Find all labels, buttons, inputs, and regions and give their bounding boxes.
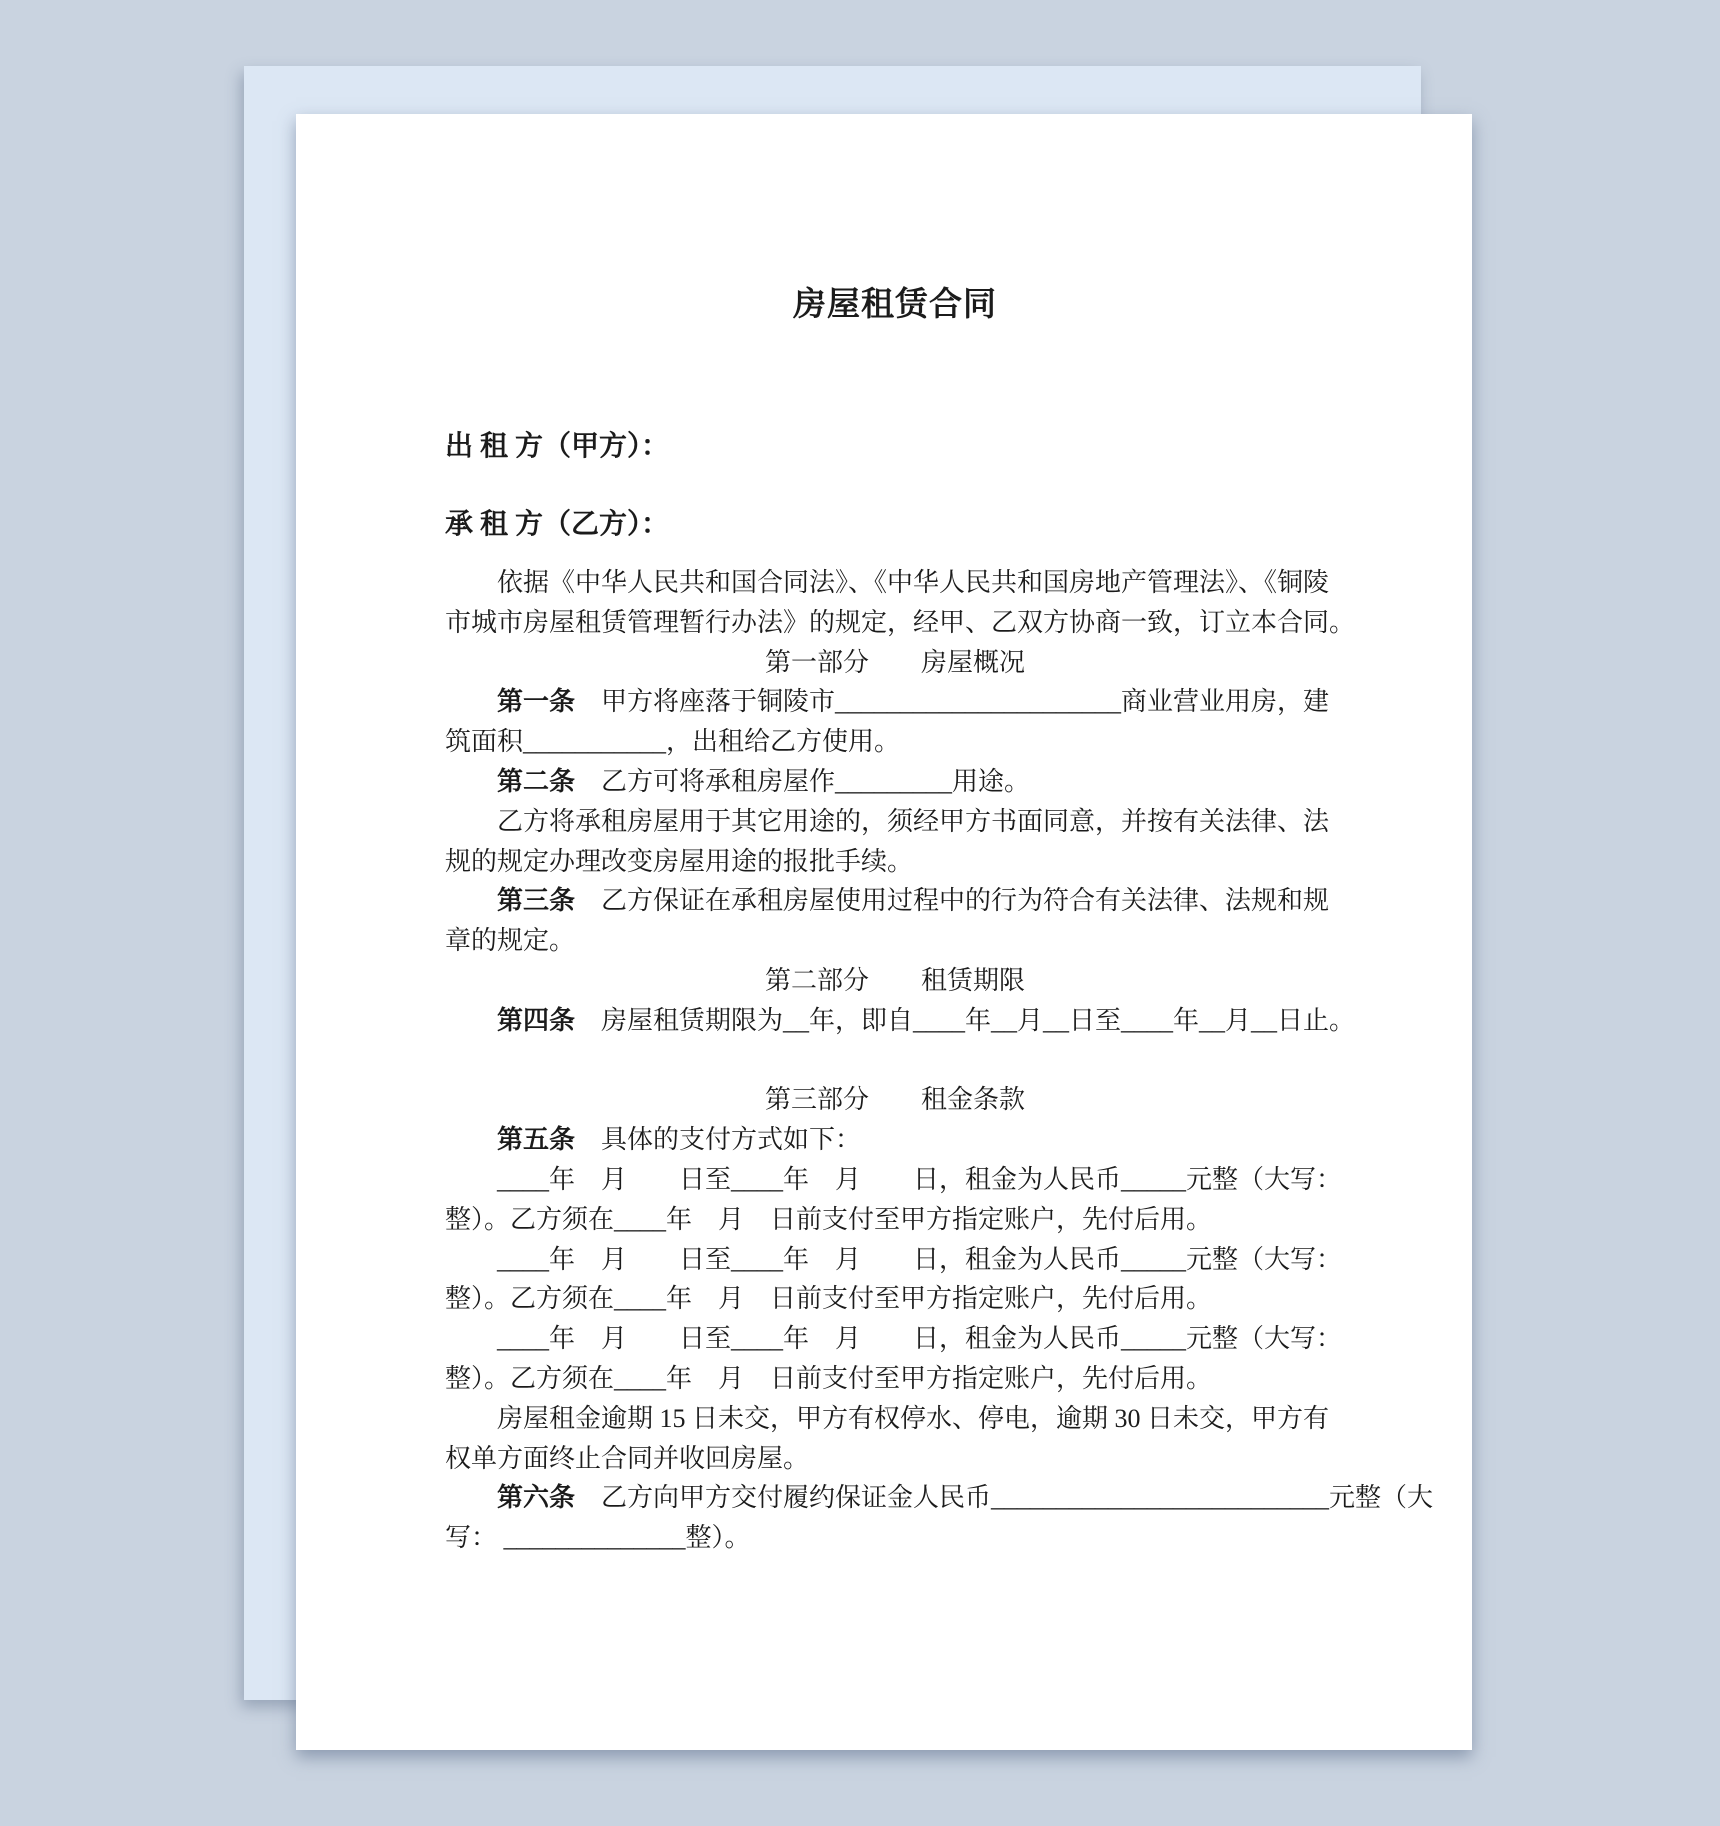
contract-line: ____年 月 日至____年 月 日，租金为人民币_____元整（大写： — [445, 1240, 1345, 1280]
line-text: 整）。乙方须在____年 月 日前支付至甲方指定账户，先付后用。 — [445, 1284, 1212, 1313]
line-text: 乙方向甲方交付履约保证金人民币_________________________… — [575, 1483, 1433, 1512]
section-heading-line: 第二部分 租赁期限 — [445, 961, 1345, 1001]
contract-line — [445, 1041, 1345, 1081]
line-text: 整）。乙方须在____年 月 日前支付至甲方指定账户，先付后用。 — [445, 1205, 1212, 1234]
line-text: 市城市房屋租赁管理暂行办法》的规定，经甲、乙双方协商一致，订立本合同。 — [445, 608, 1355, 637]
line-text: 房屋租金逾期 15 日未交，甲方有权停水、停电，逾期 30 日未交，甲方有 — [497, 1404, 1329, 1433]
article-line: 第三条 乙方保证在承租房屋使用过程中的行为符合有关法律、法规和规 — [445, 881, 1345, 921]
line-text: 写： ______________整）。 — [445, 1523, 751, 1552]
line-text: 乙方可将承租房屋作_________用途。 — [575, 767, 1030, 796]
contract-body: 依据《中华人民共和国合同法》、《中华人民共和国房地产管理法》、《铜陵市城市房屋租… — [445, 563, 1345, 1558]
contract-line: 整）。乙方须在____年 月 日前支付至甲方指定账户，先付后用。 — [445, 1200, 1345, 1240]
contract-line: ____年 月 日至____年 月 日，租金为人民币_____元整（大写： — [445, 1160, 1345, 1200]
article-line: 第四条 房屋租赁期限为__年，即自____年__月__日至____年__月__日… — [445, 1001, 1345, 1041]
contract-title: 房屋租赁合同 — [445, 280, 1345, 328]
line-text: 乙方将承租房屋用于其它用途的，须经甲方书面同意，并按有关法律、法 — [497, 807, 1329, 836]
article-line: 第一条 甲方将座落于铜陵市______________________商业营业用… — [445, 682, 1345, 722]
article-number: 第一条 — [497, 687, 575, 716]
line-text: 第二部分 租赁期限 — [765, 966, 1025, 995]
contract-line: 依据《中华人民共和国合同法》、《中华人民共和国房地产管理法》、《铜陵 — [445, 563, 1345, 603]
contract-line: 写： ______________整）。 — [445, 1518, 1345, 1558]
line-text: ____年 月 日至____年 月 日，租金为人民币_____元整（大写： — [497, 1245, 1342, 1274]
section-heading-line: 第三部分 租金条款 — [445, 1080, 1345, 1120]
lessee-party-label: 承 租 方（乙方）： — [445, 505, 1345, 545]
contract-line: 权单方面终止合同并收回房屋。 — [445, 1439, 1345, 1479]
line-text: 房屋租赁期限为__年，即自____年__月__日至____年__月__日止。 — [575, 1006, 1355, 1035]
line-text: ____年 月 日至____年 月 日，租金为人民币_____元整（大写： — [497, 1165, 1342, 1194]
line-text: 权单方面终止合同并收回房屋。 — [445, 1444, 809, 1473]
article-line: 第六条 乙方向甲方交付履约保证金人民币_____________________… — [445, 1478, 1345, 1518]
line-text: 筑面积___________，出租给乙方使用。 — [445, 727, 900, 756]
lessor-party-label: 出 租 方（甲方）： — [445, 427, 1345, 467]
article-line: 第二条 乙方可将承租房屋作_________用途。 — [445, 762, 1345, 802]
contract-line: 乙方将承租房屋用于其它用途的，须经甲方书面同意，并按有关法律、法 — [445, 802, 1345, 842]
contract-page: 房屋租赁合同 出 租 方（甲方）： 承 租 方（乙方）： 依据《中华人民共和国合… — [296, 114, 1472, 1750]
contract-line: 筑面积___________，出租给乙方使用。 — [445, 722, 1345, 762]
article-number: 第三条 — [497, 886, 575, 915]
contract-line: 房屋租金逾期 15 日未交，甲方有权停水、停电，逾期 30 日未交，甲方有 — [445, 1399, 1345, 1439]
line-text: 甲方将座落于铜陵市______________________商业营业用房，建 — [575, 687, 1329, 716]
article-line: 第五条 具体的支付方式如下： — [445, 1120, 1345, 1160]
section-heading-line: 第一部分 房屋概况 — [445, 643, 1345, 683]
line-text: 第一部分 房屋概况 — [765, 648, 1025, 677]
line-text: 规的规定办理改变房屋用途的报批手续。 — [445, 847, 913, 876]
line-text: 整）。乙方须在____年 月 日前支付至甲方指定账户，先付后用。 — [445, 1364, 1212, 1393]
parties-block: 出 租 方（甲方）： 承 租 方（乙方）： — [445, 427, 1345, 545]
line-text: ____年 月 日至____年 月 日，租金为人民币_____元整（大写： — [497, 1324, 1342, 1353]
article-number: 第五条 — [497, 1125, 575, 1154]
article-number: 第四条 — [497, 1006, 575, 1035]
line-text: 第三部分 租金条款 — [765, 1085, 1025, 1114]
contract-line: ____年 月 日至____年 月 日，租金为人民币_____元整（大写： — [445, 1319, 1345, 1359]
contract-line: 章的规定。 — [445, 921, 1345, 961]
article-number: 第二条 — [497, 767, 575, 796]
contract-line: 整）。乙方须在____年 月 日前支付至甲方指定账户，先付后用。 — [445, 1279, 1345, 1319]
line-text: 依据《中华人民共和国合同法》、《中华人民共和国房地产管理法》、《铜陵 — [497, 568, 1329, 597]
article-number: 第六条 — [497, 1483, 575, 1512]
contract-line: 市城市房屋租赁管理暂行办法》的规定，经甲、乙双方协商一致，订立本合同。 — [445, 603, 1345, 643]
line-text: 章的规定。 — [445, 926, 575, 955]
contract-content: 房屋租赁合同 出 租 方（甲方）： 承 租 方（乙方）： 依据《中华人民共和国合… — [296, 114, 1472, 1558]
contract-line: 整）。乙方须在____年 月 日前支付至甲方指定账户，先付后用。 — [445, 1359, 1345, 1399]
contract-line: 规的规定办理改变房屋用途的报批手续。 — [445, 842, 1345, 882]
line-text: 具体的支付方式如下： — [575, 1125, 861, 1154]
line-text: 乙方保证在承租房屋使用过程中的行为符合有关法律、法规和规 — [575, 886, 1329, 915]
